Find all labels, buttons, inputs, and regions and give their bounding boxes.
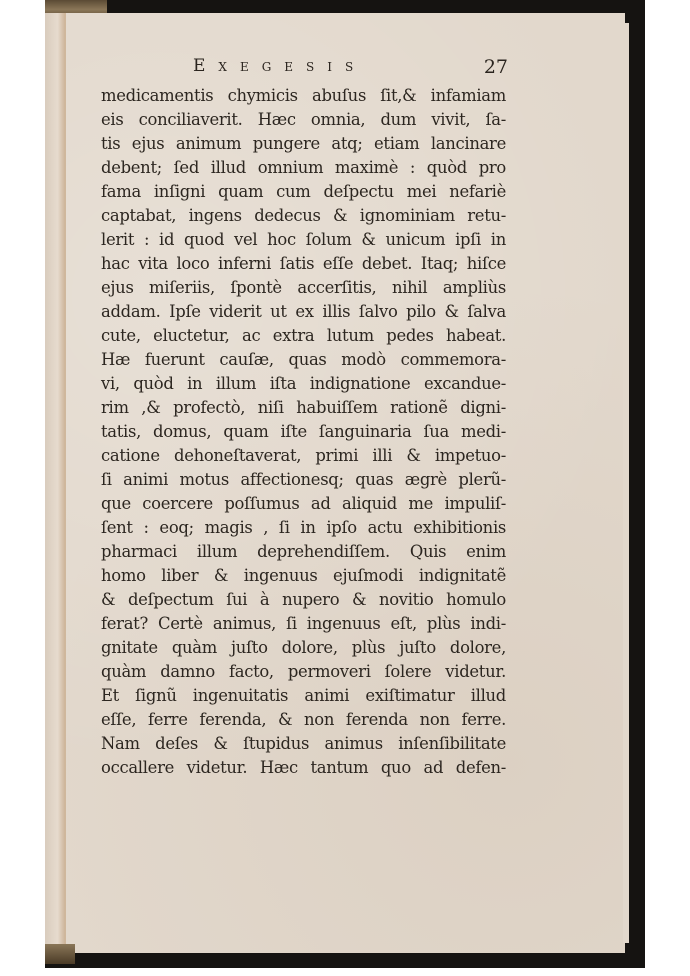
text-line: lerit : id quod vel hoc ſolum & unicum i… [101,228,506,252]
text-line: fama inſigni quam cum deſpectu mei nefar… [101,180,506,204]
text-line: ſent : eoq; magis , ſi in ipſo actu exhi… [101,516,506,540]
text-line: Et ſignũ ingenuitatis animi exiſtimatur … [101,684,506,708]
text-line: homo liber & ingenuus ejuſmodi indignita… [101,564,506,588]
running-head-title: Exegesis [193,56,366,76]
text-line: tatis, domus, quam iſte ſanguinaria ſua … [101,420,506,444]
binding-bottom [45,944,75,964]
text-line: addam. Ipſe viderit ut ex illis ſalvo pi… [101,300,506,324]
text-line: vi, quòd in illum iſta indignatione exca… [101,372,506,396]
text-block: Exegesis 27 medicamentis chymicis abuſus… [101,56,506,780]
page-number: 27 [484,56,508,78]
page-edge [623,23,629,943]
text-line: ejus miſeriis, ſpontè accerſitis, nihil … [101,276,506,300]
text-line: & deſpectum ſui à nupero & novitio homul… [101,588,506,612]
text-line: eſſe, ferre ferenda, & non ferenda non f… [101,708,506,732]
text-line: Nam deſes & ſtupidus animus inſenſibilit… [101,732,506,756]
running-head: Exegesis 27 [101,56,506,84]
text-line: rim ,& profectò, niſi habuiſſem rationẽ … [101,396,506,420]
text-line: medicamentis chymicis abuſus ſit,& infam… [101,84,506,108]
text-line: debent; ſed illud omnium maximè : quòd p… [101,156,506,180]
text-line: gnitate quàm juſto dolore, plùs juſto do… [101,636,506,660]
text-line: pharmaci illum deprehendiſſem. Quis enim [101,540,506,564]
text-line: captabat, ingens dedecus & ignominiam re… [101,204,506,228]
text-line: ferat? Certè animus, ſi ingenuus eſt, pl… [101,612,506,636]
text-line: Hæ fuerunt cauſæ, quas modò commemora- [101,348,506,372]
text-line: hac vita loco inferni ſatis eſſe debet. … [101,252,506,276]
text-line: que coercere poſſumus ad aliquid me impu… [101,492,506,516]
body-text: medicamentis chymicis abuſus ſit,& infam… [101,84,506,780]
text-line: occallere videtur. Hæc tantum quo ad def… [101,756,506,780]
gutter-line [64,13,66,953]
text-line: cute, eluctetur, ac extra lutum pedes ha… [101,324,506,348]
text-line: eis conciliaverit. Hæc omnia, dum vivit,… [101,108,506,132]
text-line: tis ejus animum pungere atq; etiam lanci… [101,132,506,156]
page-gutter [45,13,66,953]
text-line: ſi animi motus affectionesq; quas ægrè p… [101,468,506,492]
text-line: catione dehoneſtaverat, primi illi & imp… [101,444,506,468]
text-line: quàm damno facto, permoveri ſolere videt… [101,660,506,684]
